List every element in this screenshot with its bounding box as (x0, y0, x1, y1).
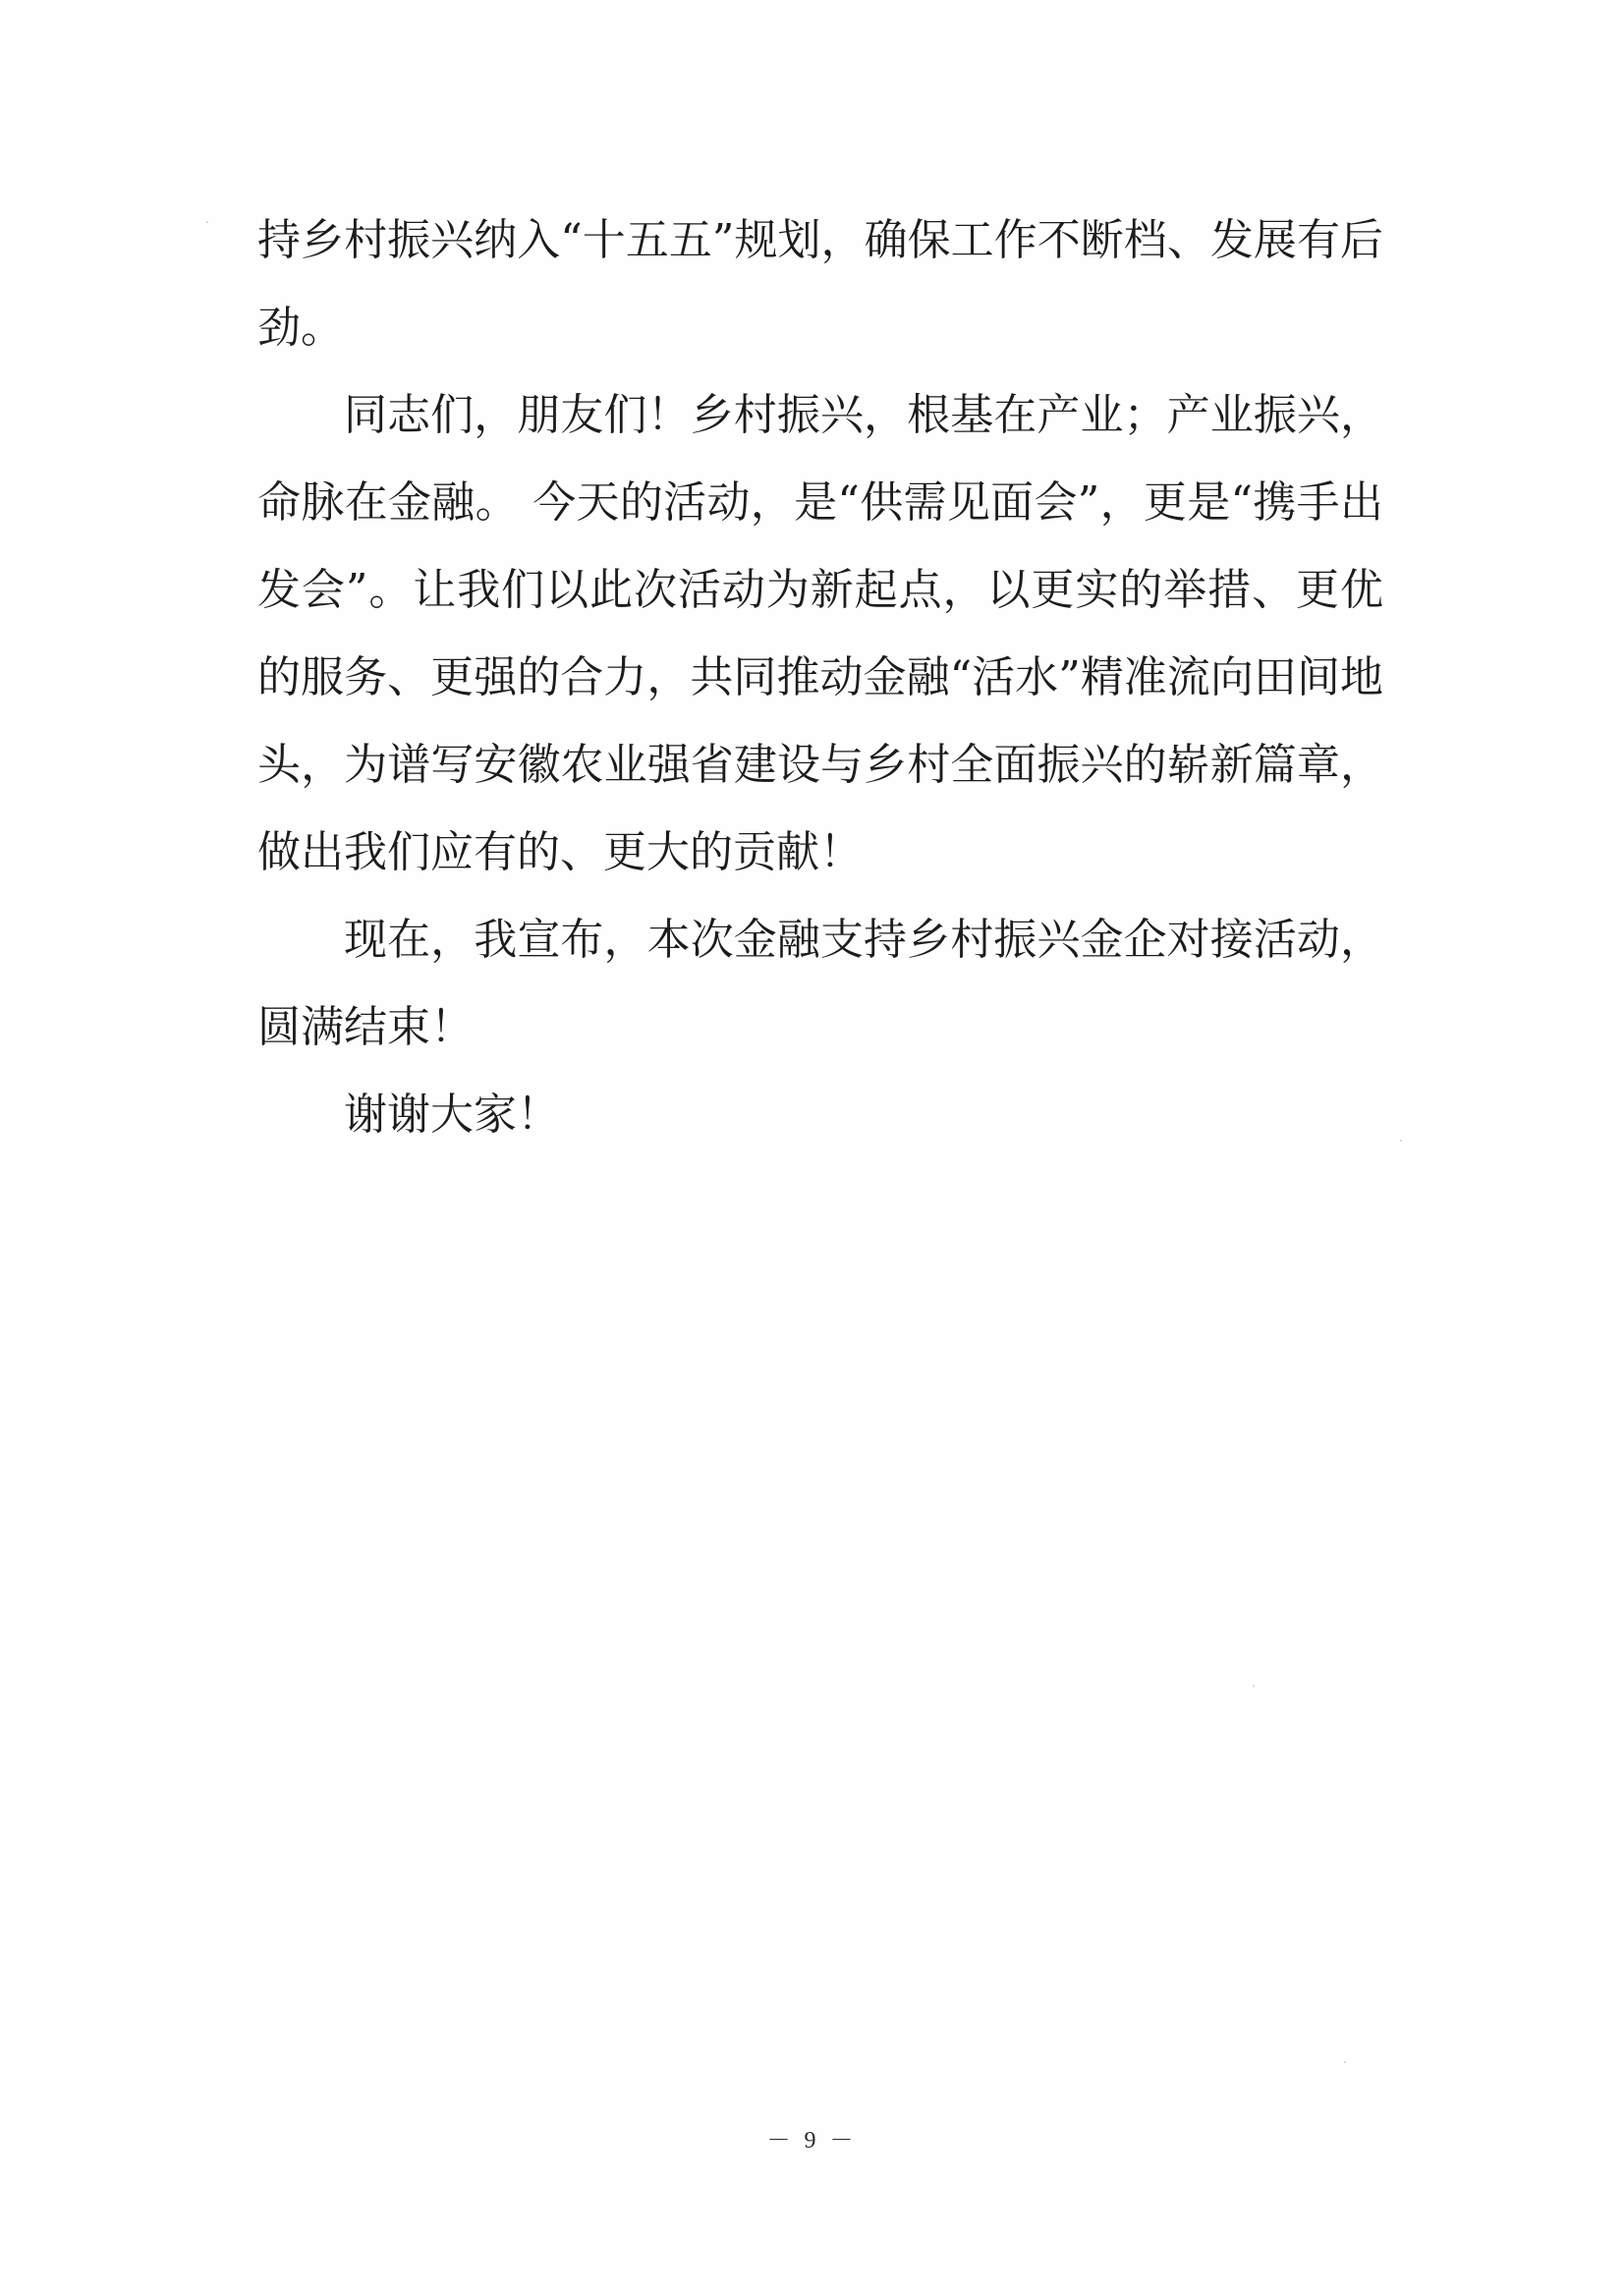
scan-speck (1400, 1140, 1402, 1142)
paragraph-continuation: 持乡村振兴纳入“十五五”规划，确保工作不断档、发展有后劲。 (257, 196, 1383, 371)
scan-speck (1253, 1685, 1255, 1687)
paragraph-thanks: 谢谢大家！ (257, 1071, 1383, 1158)
scan-speck (1344, 2061, 1346, 2063)
paragraph-announcement: 现在，我宣布，本次金融支持乡村振兴金企对接活动，圆满结束！ (257, 896, 1383, 1071)
paragraph-closing-remarks: 同志们，朋友们！乡村振兴，根基在产业；产业振兴，命脉在金融。 今天的活动，是“供… (257, 371, 1383, 896)
page-number: － 9 － (0, 2120, 1624, 2155)
document-body: 持乡村振兴纳入“十五五”规划，确保工作不断档、发展有后劲。 同志们，朋友们！乡村… (257, 196, 1383, 1158)
scan-speck (206, 221, 208, 223)
